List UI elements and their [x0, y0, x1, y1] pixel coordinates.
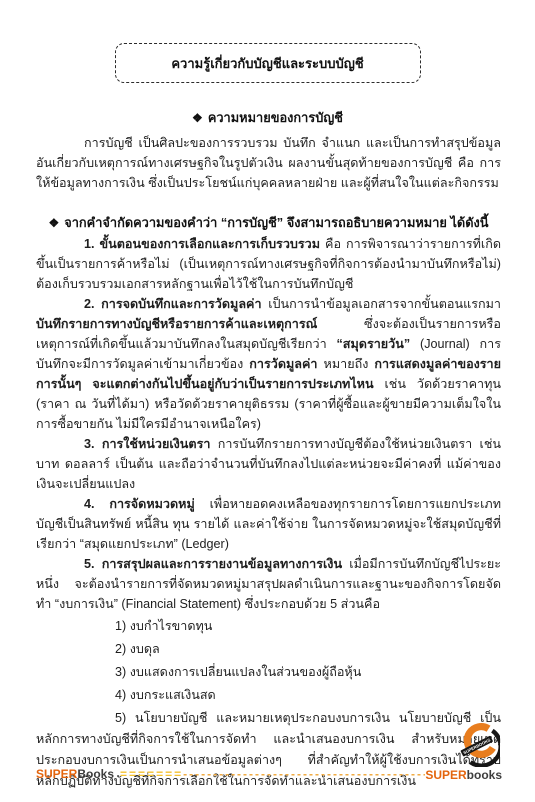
diamond-bullet-icon: ❖: [48, 213, 59, 233]
section-heading-definition-label: จากคำจำกัดความของคำว่า “การบัญชี” จึงสาม…: [64, 215, 488, 230]
footer-brand-left-super: SUPER: [36, 767, 77, 781]
numbered-item-2: 2. การจดบันทึกและการวัดมูลค่า เป็นการนำข…: [36, 294, 501, 434]
superbooks-logo-icon: SUPERBOOKS: [458, 723, 500, 767]
statement-part-2: 2) งบดุล: [36, 639, 501, 660]
footer-brand-right-label: SUPERbooks: [425, 768, 502, 782]
footer-divider-equals: =======: [120, 767, 183, 781]
footer-brand-left: SUPERBooks: [36, 767, 114, 782]
statement-part-3: 3) งบแสดงการเปลี่ยนแปลงในส่วนของผู้ถือหุ…: [36, 662, 501, 683]
numbered-item-1: 1. ขั้นตอนของการเลือกและการเก็บรวบรวม คื…: [36, 234, 501, 294]
footer-brand-right-super: SUPER: [425, 768, 466, 782]
numbered-item-3: 3. การใช้หน่วยเงินตรา การบันทึกรายการทาง…: [36, 434, 501, 494]
footer-brand-right-books: books: [467, 768, 502, 782]
numbered-item-4: 4. การจัดหมวดหมู่ เพื่อหายอดคงเหลือของทุ…: [36, 494, 501, 554]
section-heading-meaning: ❖ความหมายของการบัญชี: [0, 107, 535, 128]
body-text-column: การบัญชี เป็นศิลปะของการรวบรวม บันทึก จำ…: [36, 133, 501, 792]
document-page: { "page": { "title_box_label": "ความรู้เ…: [0, 0, 535, 802]
footer-divider-hyphens: ----------------------------------------…: [183, 767, 425, 781]
footer-brand-left-books: Books: [77, 767, 114, 781]
diamond-bullet-icon: ❖: [192, 111, 203, 125]
statement-part-4: 4) งบกระแสเงินสด: [36, 685, 501, 706]
section-heading-definition: ❖จากคำจำกัดความของคำว่า “การบัญชี” จึงสา…: [36, 213, 501, 233]
chapter-title: ความรู้เกี่ยวกับบัญชีและระบบบัญชี: [171, 56, 363, 71]
page-footer: SUPERBooks =======----------------------…: [36, 723, 502, 782]
footer-brand-right: SUPERBOOKS SUPERbooks: [425, 723, 502, 782]
numbered-item-5: 5. การสรุปผลและการรายงานข้อมูลทางการเงิน…: [36, 554, 501, 614]
footer-divider-dashes: =======---------------------------------…: [114, 767, 425, 782]
intro-paragraph: การบัญชี เป็นศิลปะของการรวบรวม บันทึก จำ…: [36, 133, 501, 193]
statement-part-1: 1) งบกำไรขาดทุน: [36, 616, 501, 637]
section-heading-meaning-label: ความหมายของการบัญชี: [208, 110, 343, 125]
chapter-title-box: ความรู้เกี่ยวกับบัญชีและระบบบัญชี: [115, 43, 421, 83]
